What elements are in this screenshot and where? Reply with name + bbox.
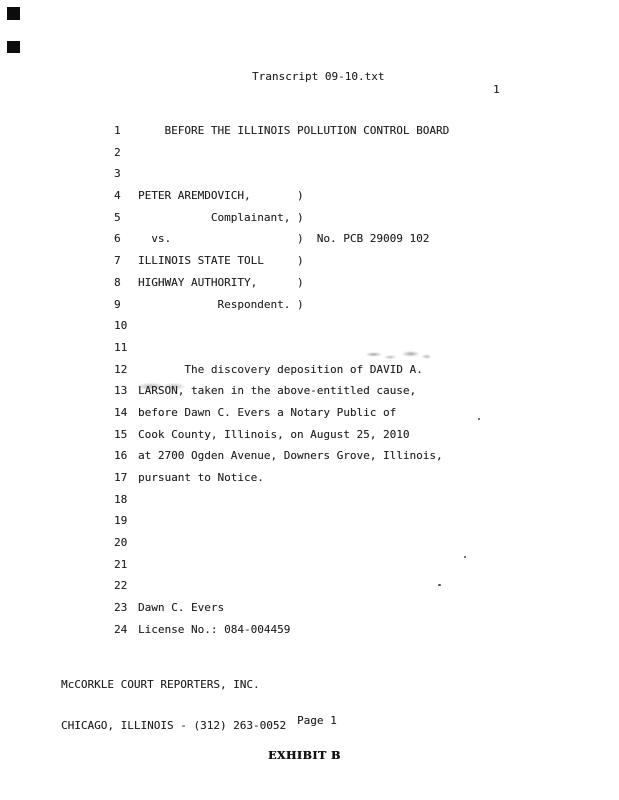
line-text: before Dawn C. Evers a Notary Public of (138, 406, 396, 419)
line-number: 22 (114, 575, 138, 597)
line-number: 17 (114, 467, 138, 489)
line-number: 5 (114, 207, 138, 229)
line-number: 6 (114, 228, 138, 250)
scan-artifact-square-top (7, 7, 20, 20)
transcript-line: 9 Respondent. ) (0, 294, 619, 316)
line-number: 19 (114, 510, 138, 532)
exhibit-stamp: EXHIBIT B (268, 749, 341, 762)
transcript-line: 24License No.: 084-004459 (0, 619, 619, 641)
scan-artifact-square-bottom (7, 41, 20, 53)
line-number: 9 (114, 294, 138, 316)
scan-speck (464, 556, 466, 558)
line-number: 11 (114, 337, 138, 359)
line-text: LARSON, taken in the above-entitled caus… (138, 384, 416, 397)
transcript-line: 10 (0, 315, 619, 337)
line-text: Cook County, Illinois, on August 25, 201… (138, 428, 410, 441)
transcript-lines: 1 BEFORE THE ILLINOIS POLLUTION CONTROL … (0, 120, 619, 641)
scan-speck (478, 418, 480, 420)
line-number: 20 (114, 532, 138, 554)
line-text: BEFORE THE ILLINOIS POLLUTION CONTROL BO… (138, 124, 449, 137)
transcript-line: 1 BEFORE THE ILLINOIS POLLUTION CONTROL … (0, 120, 619, 142)
line-text: The discovery deposition of DAVID A. (138, 363, 423, 376)
reporter-contact: CHICAGO, ILLINOIS - (312) 263-0052 (61, 719, 286, 733)
transcript-line: 3 (0, 163, 619, 185)
transcript-line: 21 (0, 554, 619, 576)
line-text: PETER AREMDOVICH, ) (138, 189, 304, 202)
transcript-line: 22 (0, 575, 619, 597)
transcript-line: 19 (0, 510, 619, 532)
line-number: 13 (114, 380, 138, 402)
reporter-info: McCORKLE COURT REPORTERS, INC. CHICAGO, … (61, 650, 286, 760)
line-number: 8 (114, 272, 138, 294)
line-text: HIGHWAY AUTHORITY, ) (138, 276, 304, 289)
transcript-page: Transcript 09-10.txt 1 1 BEFORE THE ILLI… (0, 0, 619, 800)
line-text: Respondent. ) (138, 298, 304, 311)
line-text: Complainant, ) (138, 211, 304, 224)
reporter-name: McCORKLE COURT REPORTERS, INC. (61, 678, 286, 692)
page-label: Page 1 (297, 714, 337, 727)
transcript-line: 23Dawn C. Evers (0, 597, 619, 619)
line-number: 3 (114, 163, 138, 185)
line-number: 1 (114, 120, 138, 142)
transcript-line: 17pursuant to Notice. (0, 467, 619, 489)
transcript-line: 14before Dawn C. Evers a Notary Public o… (0, 402, 619, 424)
line-text: License No.: 084-004459 (138, 623, 290, 636)
line-text: pursuant to Notice. (138, 471, 264, 484)
line-number: 23 (114, 597, 138, 619)
transcript-line: 2 (0, 142, 619, 164)
transcript-line: 13LARSON, taken in the above-entitled ca… (0, 380, 619, 402)
line-number: 12 (114, 359, 138, 381)
transcript-line: 12 The discovery deposition of DAVID A. (0, 359, 619, 381)
line-text: at 2700 Ogden Avenue, Downers Grove, Ill… (138, 449, 443, 462)
transcript-line: 11 (0, 337, 619, 359)
line-number: 4 (114, 185, 138, 207)
transcript-line: 5 Complainant, ) (0, 207, 619, 229)
line-number: 10 (114, 315, 138, 337)
line-number: 14 (114, 402, 138, 424)
transcript-line: 16at 2700 Ogden Avenue, Downers Grove, I… (0, 445, 619, 467)
line-number: 24 (114, 619, 138, 641)
line-number: 16 (114, 445, 138, 467)
transcript-line: 7ILLINOIS STATE TOLL ) (0, 250, 619, 272)
line-number: 7 (114, 250, 138, 272)
transcript-line: 18 (0, 489, 619, 511)
line-text: Dawn C. Evers (138, 601, 224, 614)
scan-speck (438, 584, 441, 586)
line-number: 21 (114, 554, 138, 576)
page-number: 1 (493, 83, 500, 96)
line-number: 18 (114, 489, 138, 511)
line-number: 15 (114, 424, 138, 446)
document-title: Transcript 09-10.txt (252, 70, 384, 83)
line-text: ILLINOIS STATE TOLL ) (138, 254, 304, 267)
transcript-line: 20 (0, 532, 619, 554)
line-text: vs. ) No. PCB 29009 102 (138, 232, 429, 245)
transcript-line: 6 vs. ) No. PCB 29009 102 (0, 228, 619, 250)
transcript-line: 4PETER AREMDOVICH, ) (0, 185, 619, 207)
line-number: 2 (114, 142, 138, 164)
transcript-line: 15Cook County, Illinois, on August 25, 2… (0, 424, 619, 446)
transcript-line: 8HIGHWAY AUTHORITY, ) (0, 272, 619, 294)
